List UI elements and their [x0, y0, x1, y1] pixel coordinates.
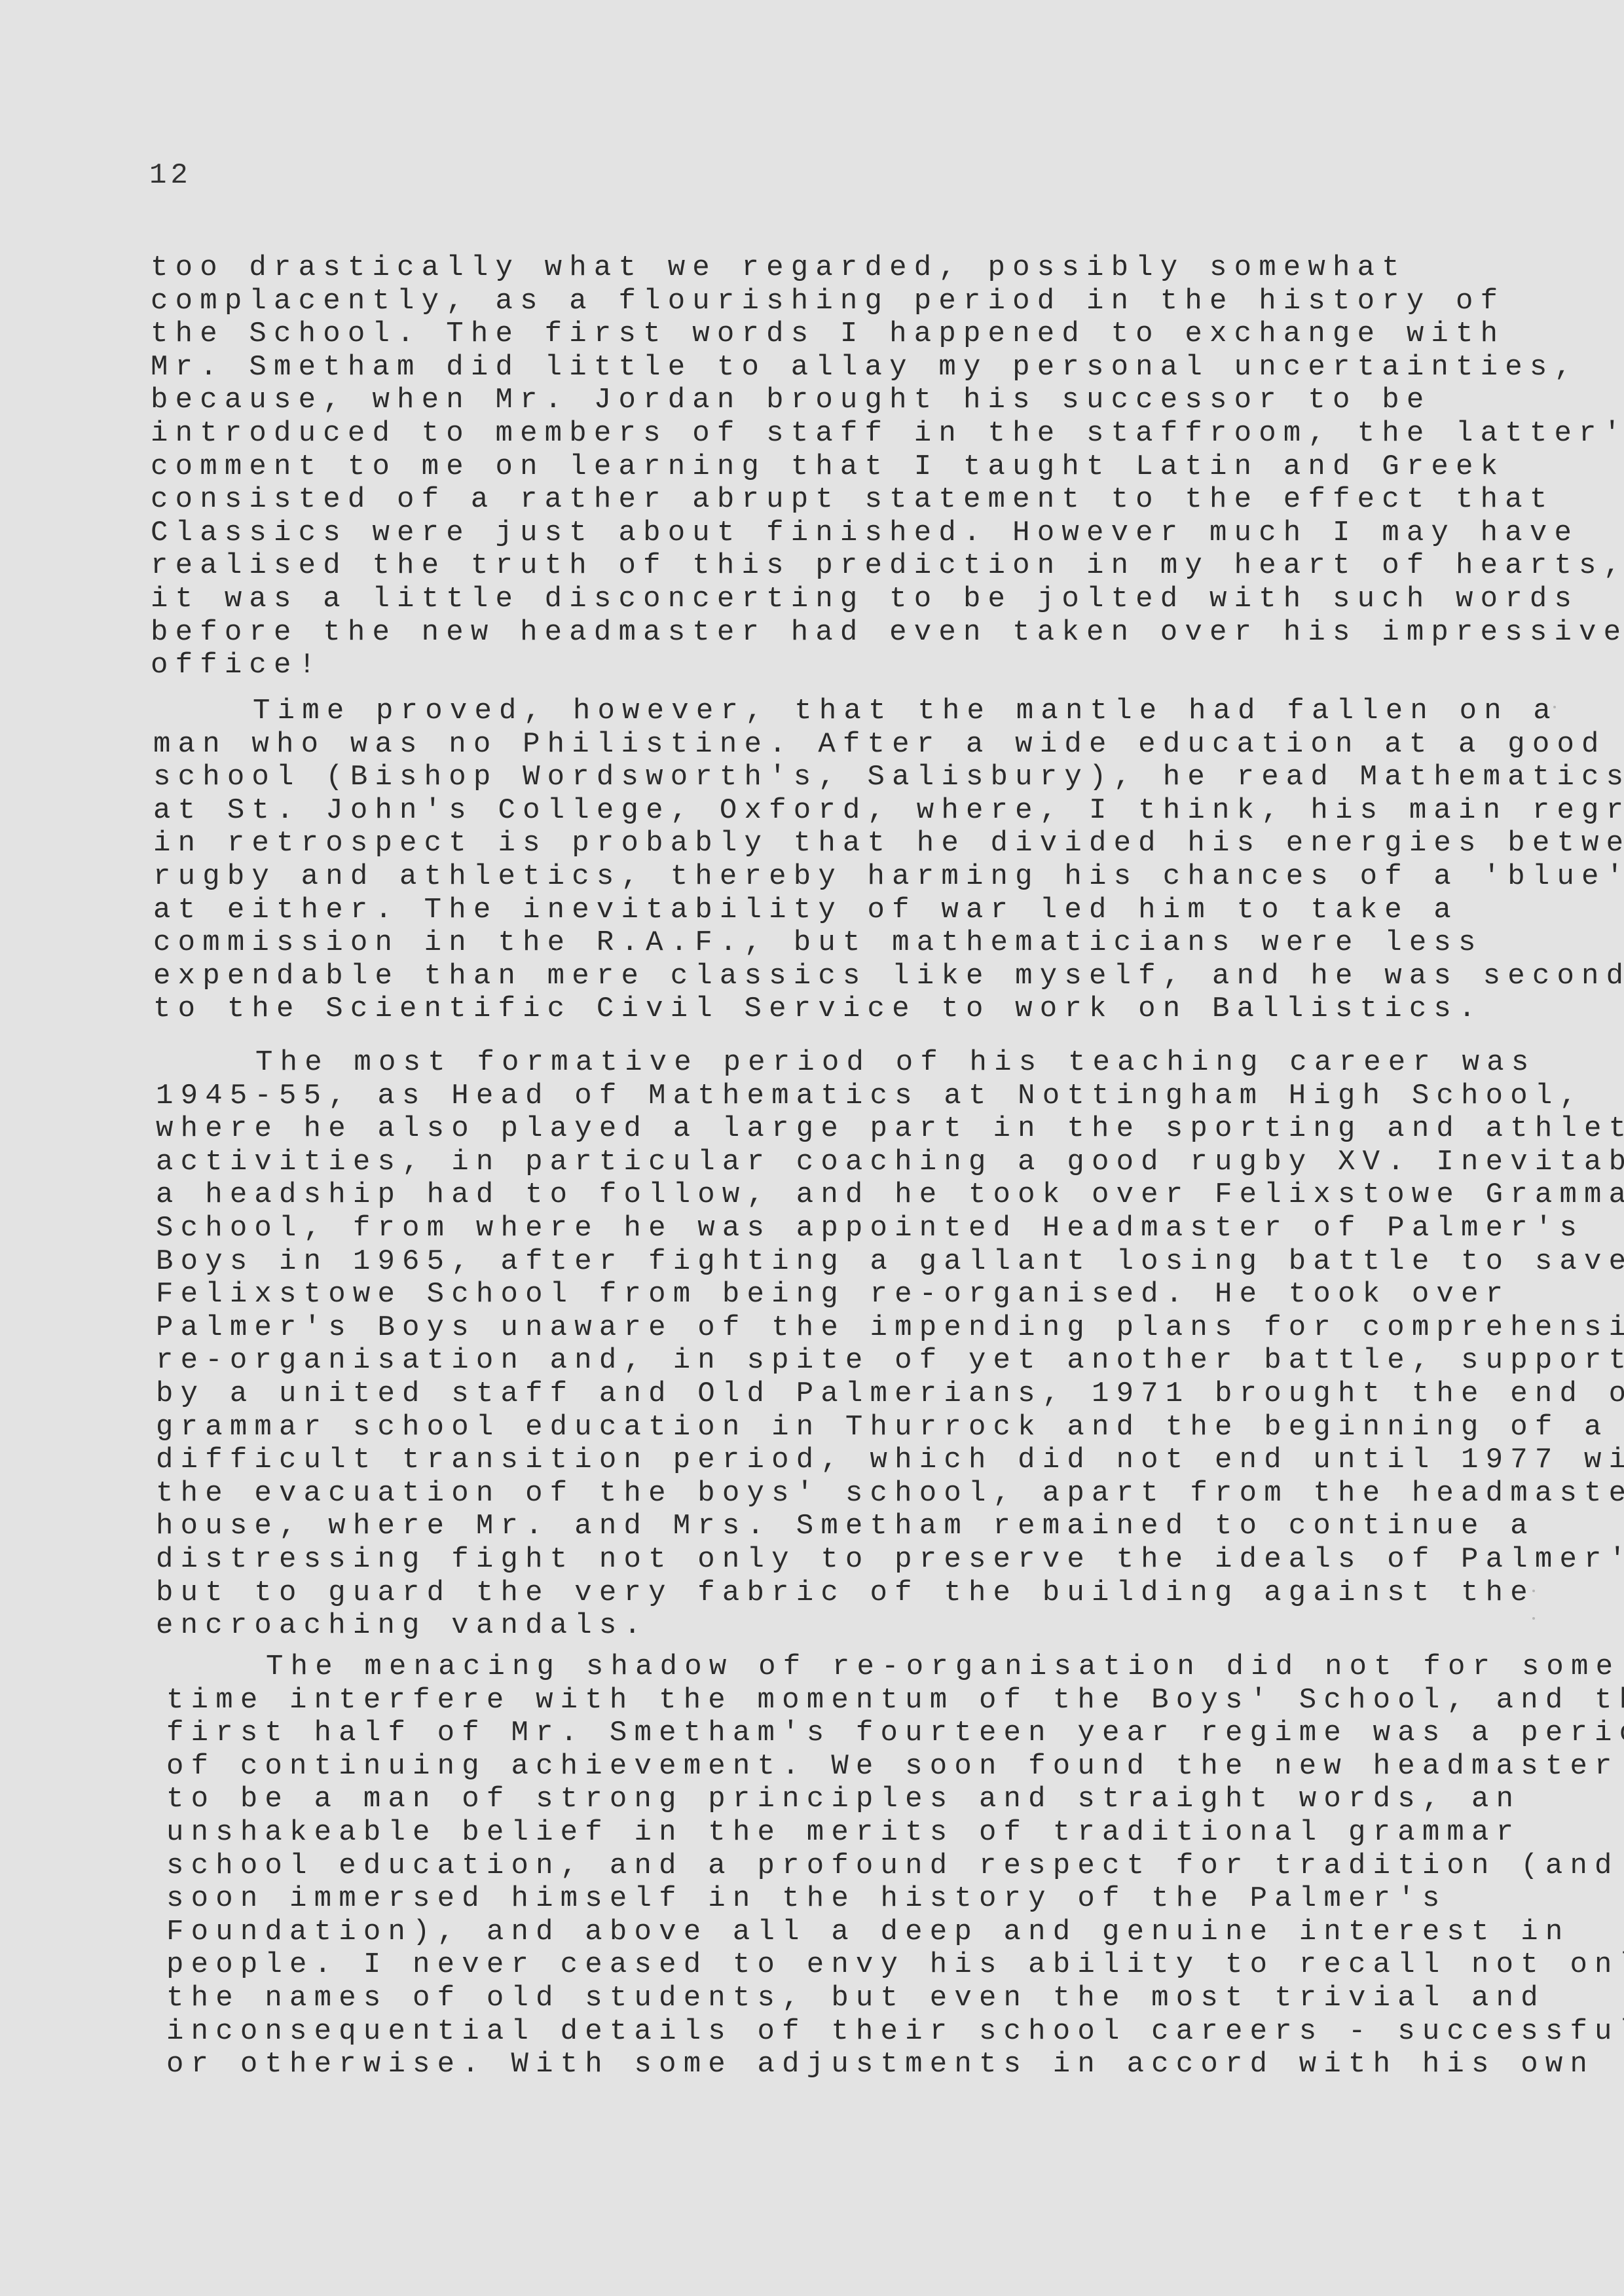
text-line: Foundation), and above all a deep and ge…: [166, 1916, 1624, 1949]
text-line: school (Bishop Wordsworth's, Salisbury),…: [153, 761, 1624, 794]
text-line: consisted of a rather abrupt statement t…: [151, 483, 1624, 517]
text-line: Mr. Smetham did little to allay my perso…: [151, 351, 1624, 384]
text-line: before the new headmaster had even taken…: [151, 616, 1624, 649]
text-line: comment to me on learning that I taught …: [151, 450, 1624, 484]
text-line: soon immersed himself in the history of …: [166, 1882, 1624, 1916]
text-line: Palmer's Boys unaware of the impending p…: [156, 1311, 1624, 1345]
text-line: first half of Mr. Smetham's fourteen yea…: [166, 1717, 1624, 1750]
text-line: the names of old students, but even the …: [166, 1982, 1624, 2015]
text-line: at either. The inevitability of war led …: [153, 894, 1624, 927]
text-line: but to guard the very fabric of the buil…: [156, 1576, 1624, 1610]
text-line: distressing fight not only to preserve t…: [156, 1543, 1624, 1576]
text-line: to the Scientific Civil Service to work …: [153, 993, 1624, 1026]
paragraph-3: The most formative period of his teachin…: [156, 1046, 1624, 1643]
text-line: where he also played a large part in the…: [156, 1112, 1624, 1146]
scan-speck: [1532, 1617, 1535, 1620]
scan-speck: [1553, 706, 1556, 708]
scan-speck: [1532, 1590, 1535, 1592]
text-line: in retrospect is probably that he divide…: [153, 827, 1624, 860]
page-number: 12: [149, 159, 192, 192]
text-line: grammar school education in Thurrock and…: [156, 1411, 1624, 1444]
text-line: because, when Mr. Jordan brought his suc…: [151, 384, 1624, 417]
text-line: the evacuation of the boys' school, apar…: [156, 1477, 1624, 1510]
text-line: encroaching vandals.: [156, 1609, 1624, 1643]
text-line: house, where Mr. and Mrs. Smetham remain…: [156, 1510, 1624, 1543]
text-line: re-organisation and, in spite of yet ano…: [156, 1344, 1624, 1377]
text-line: realised the truth of this prediction in…: [151, 549, 1624, 583]
text-line: it was a little disconcerting to be jolt…: [151, 583, 1624, 616]
paragraph-2: Time proved, however, that the mantle ha…: [153, 695, 1624, 1026]
text-line: complacently, as a flourishing period in…: [151, 285, 1624, 318]
text-line: office!: [151, 649, 1624, 682]
text-line: commission in the R.A.F., but mathematic…: [153, 926, 1624, 960]
text-line: Classics were just about finished. Howev…: [151, 517, 1624, 550]
text-line: introduced to members of staff in the st…: [151, 417, 1624, 450]
text-line: too drastically what we regarded, possib…: [151, 251, 1624, 285]
text-line: rugby and athletics, thereby harming his…: [153, 860, 1624, 894]
text-line: the School. The first words I happened t…: [151, 318, 1624, 351]
text-line: by a united staff and Old Palmerians, 19…: [156, 1377, 1624, 1411]
text-line: school education, and a profound respect…: [166, 1850, 1624, 1883]
text-line: unshakeable belief in the merits of trad…: [166, 1816, 1624, 1850]
text-line: of continuing achievement. We soon found…: [166, 1750, 1624, 1783]
text-line: a headship had to follow, and he took ov…: [156, 1178, 1624, 1212]
text-line: or otherwise. With some adjustments in a…: [166, 2048, 1624, 2081]
text-line: at St. John's College, Oxford, where, I …: [153, 794, 1624, 828]
text-line: people. I never ceased to envy his abili…: [166, 1948, 1624, 1982]
text-line: man who was no Philistine. After a wide …: [153, 728, 1624, 761]
text-line: 1945-55, as Head of Mathematics at Notti…: [156, 1080, 1624, 1113]
text-line: The most formative period of his teachin…: [156, 1046, 1624, 1080]
text-line: Time proved, however, that the mantle ha…: [153, 695, 1624, 728]
paragraph-1: too drastically what we regarded, possib…: [151, 251, 1624, 682]
text-line: inconsequential details of their school …: [166, 2015, 1624, 2049]
text-line: time interfere with the momentum of the …: [166, 1684, 1624, 1717]
text-line: Felixstowe School from being re-organise…: [156, 1278, 1624, 1311]
text-line: to be a man of strong principles and str…: [166, 1783, 1624, 1816]
text-line: The menacing shadow of re-organisation d…: [166, 1650, 1624, 1684]
paragraph-4: The menacing shadow of re-organisation d…: [166, 1650, 1624, 2081]
text-line: expendable than mere classics like mysel…: [153, 960, 1624, 993]
text-line: Boys in 1965, after fighting a gallant l…: [156, 1245, 1624, 1279]
text-line: School, from where he was appointed Head…: [156, 1212, 1624, 1245]
text-line: activities, in particular coaching a goo…: [156, 1146, 1624, 1179]
text-line: difficult transition period, which did n…: [156, 1444, 1624, 1477]
